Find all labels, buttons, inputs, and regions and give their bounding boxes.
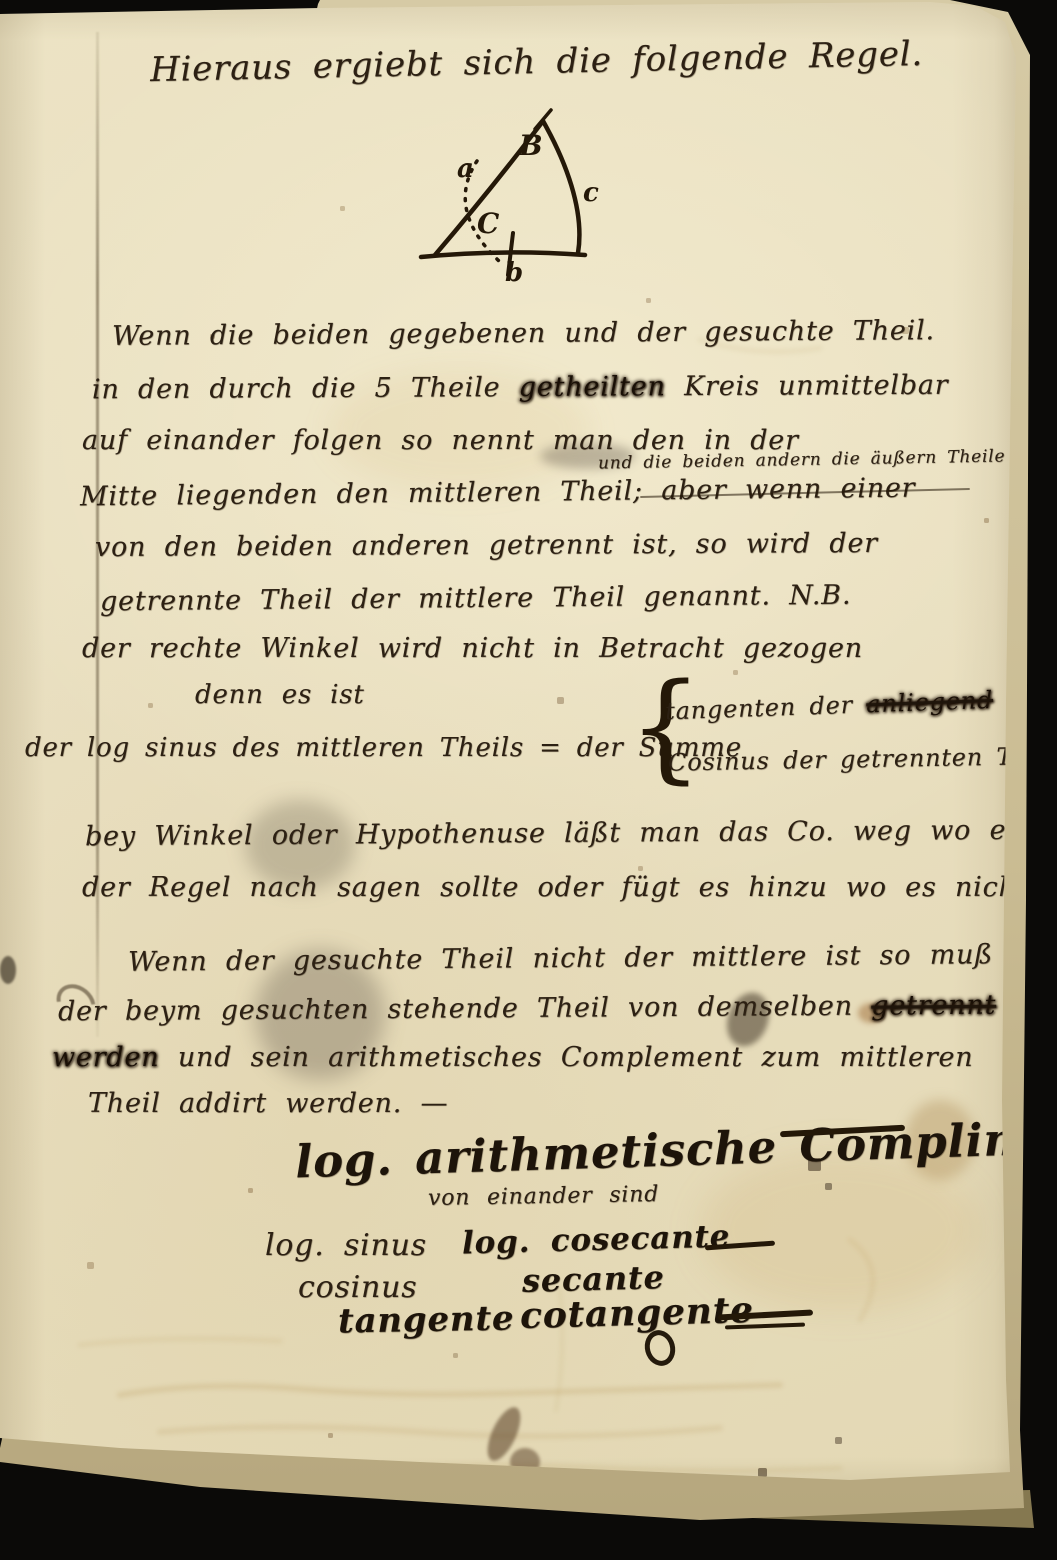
ink-blot xyxy=(0,956,16,984)
manuscript-line: der Regel nach sagen sollte oder fügt es… xyxy=(82,872,1057,903)
overwritten-word: getheilten xyxy=(519,371,666,403)
denn-es-ist: denn es ist xyxy=(195,680,365,710)
manuscript-line: Theil addirt werden. — xyxy=(88,1088,448,1119)
line-segment: der beym gesuchten stehende Theil von de… xyxy=(58,991,871,1028)
manuscript-page: Hieraus ergiebt sich die folgende Regel.… xyxy=(0,0,1022,1512)
diagram-label-C: C xyxy=(477,207,500,240)
line-segment: und sein arithmetisches Complement zum m… xyxy=(159,1042,973,1073)
manuscript-line: werden und sein arithmetisches Complemen… xyxy=(52,1042,974,1073)
triangle-right-side xyxy=(543,121,579,253)
manuscript-line: in den durch die 5 Theile getheilten Kre… xyxy=(92,370,949,405)
complements-title: log. arithmetische Complimente xyxy=(294,1109,1057,1189)
line-segment: tangenten der xyxy=(665,690,867,725)
diagram-label-B: B xyxy=(518,129,543,162)
ink-blot xyxy=(481,1403,527,1466)
struck-word: getrennt xyxy=(871,990,996,1022)
diagram-label-c: c xyxy=(583,178,599,208)
struck-word: anliegend xyxy=(866,686,994,718)
foxing-speckles xyxy=(0,0,1,1)
manuscript-line: von den beiden anderen getrennt ist, so … xyxy=(95,528,878,563)
diagram-label-a: a xyxy=(457,154,474,184)
diagram-label-b: b xyxy=(505,258,523,288)
pair-left: log. sinus xyxy=(265,1228,427,1263)
pair-right: cotangente xyxy=(519,1289,754,1337)
manuscript-line: getrennte Theil der mittlere Theil genan… xyxy=(100,580,852,618)
apex-tick xyxy=(535,110,551,129)
formula-bottom-line: Cosinus der getrennten Theile xyxy=(668,741,1057,776)
manuscript-line: Wenn der gesuchte Theil nicht der mittle… xyxy=(128,939,993,978)
line-segment: Kreis unmittelbar xyxy=(666,370,949,402)
triangle-diagram: a B c C b xyxy=(415,105,665,290)
overwritten-word: werden xyxy=(52,1042,159,1073)
manuscript-scan: Hieraus ergiebt sich die folgende Regel.… xyxy=(0,0,1057,1560)
manuscript-line: Wenn die beiden gegebenen und der gesuch… xyxy=(112,315,935,352)
pair-left: tangente xyxy=(338,1298,515,1341)
manuscript-line: bey Winkel oder Hypothenuse läßt man das… xyxy=(85,815,1021,853)
triangle-base xyxy=(421,252,585,257)
manuscript-line: der rechte Winkel wird nicht in Betracht… xyxy=(82,633,863,664)
pair-right: log. cosecante xyxy=(462,1218,731,1261)
page-heading: Hieraus ergiebt sich die folgende Regel. xyxy=(150,34,924,90)
formula-top-line: tangenten der anliegend Theile xyxy=(665,683,1057,726)
line-segment: in den durch die 5 Theile xyxy=(92,372,519,405)
complements-subtitle: von einander sind xyxy=(428,1182,660,1211)
manuscript-line: der beym gesuchten stehende Theil von de… xyxy=(58,990,996,1028)
